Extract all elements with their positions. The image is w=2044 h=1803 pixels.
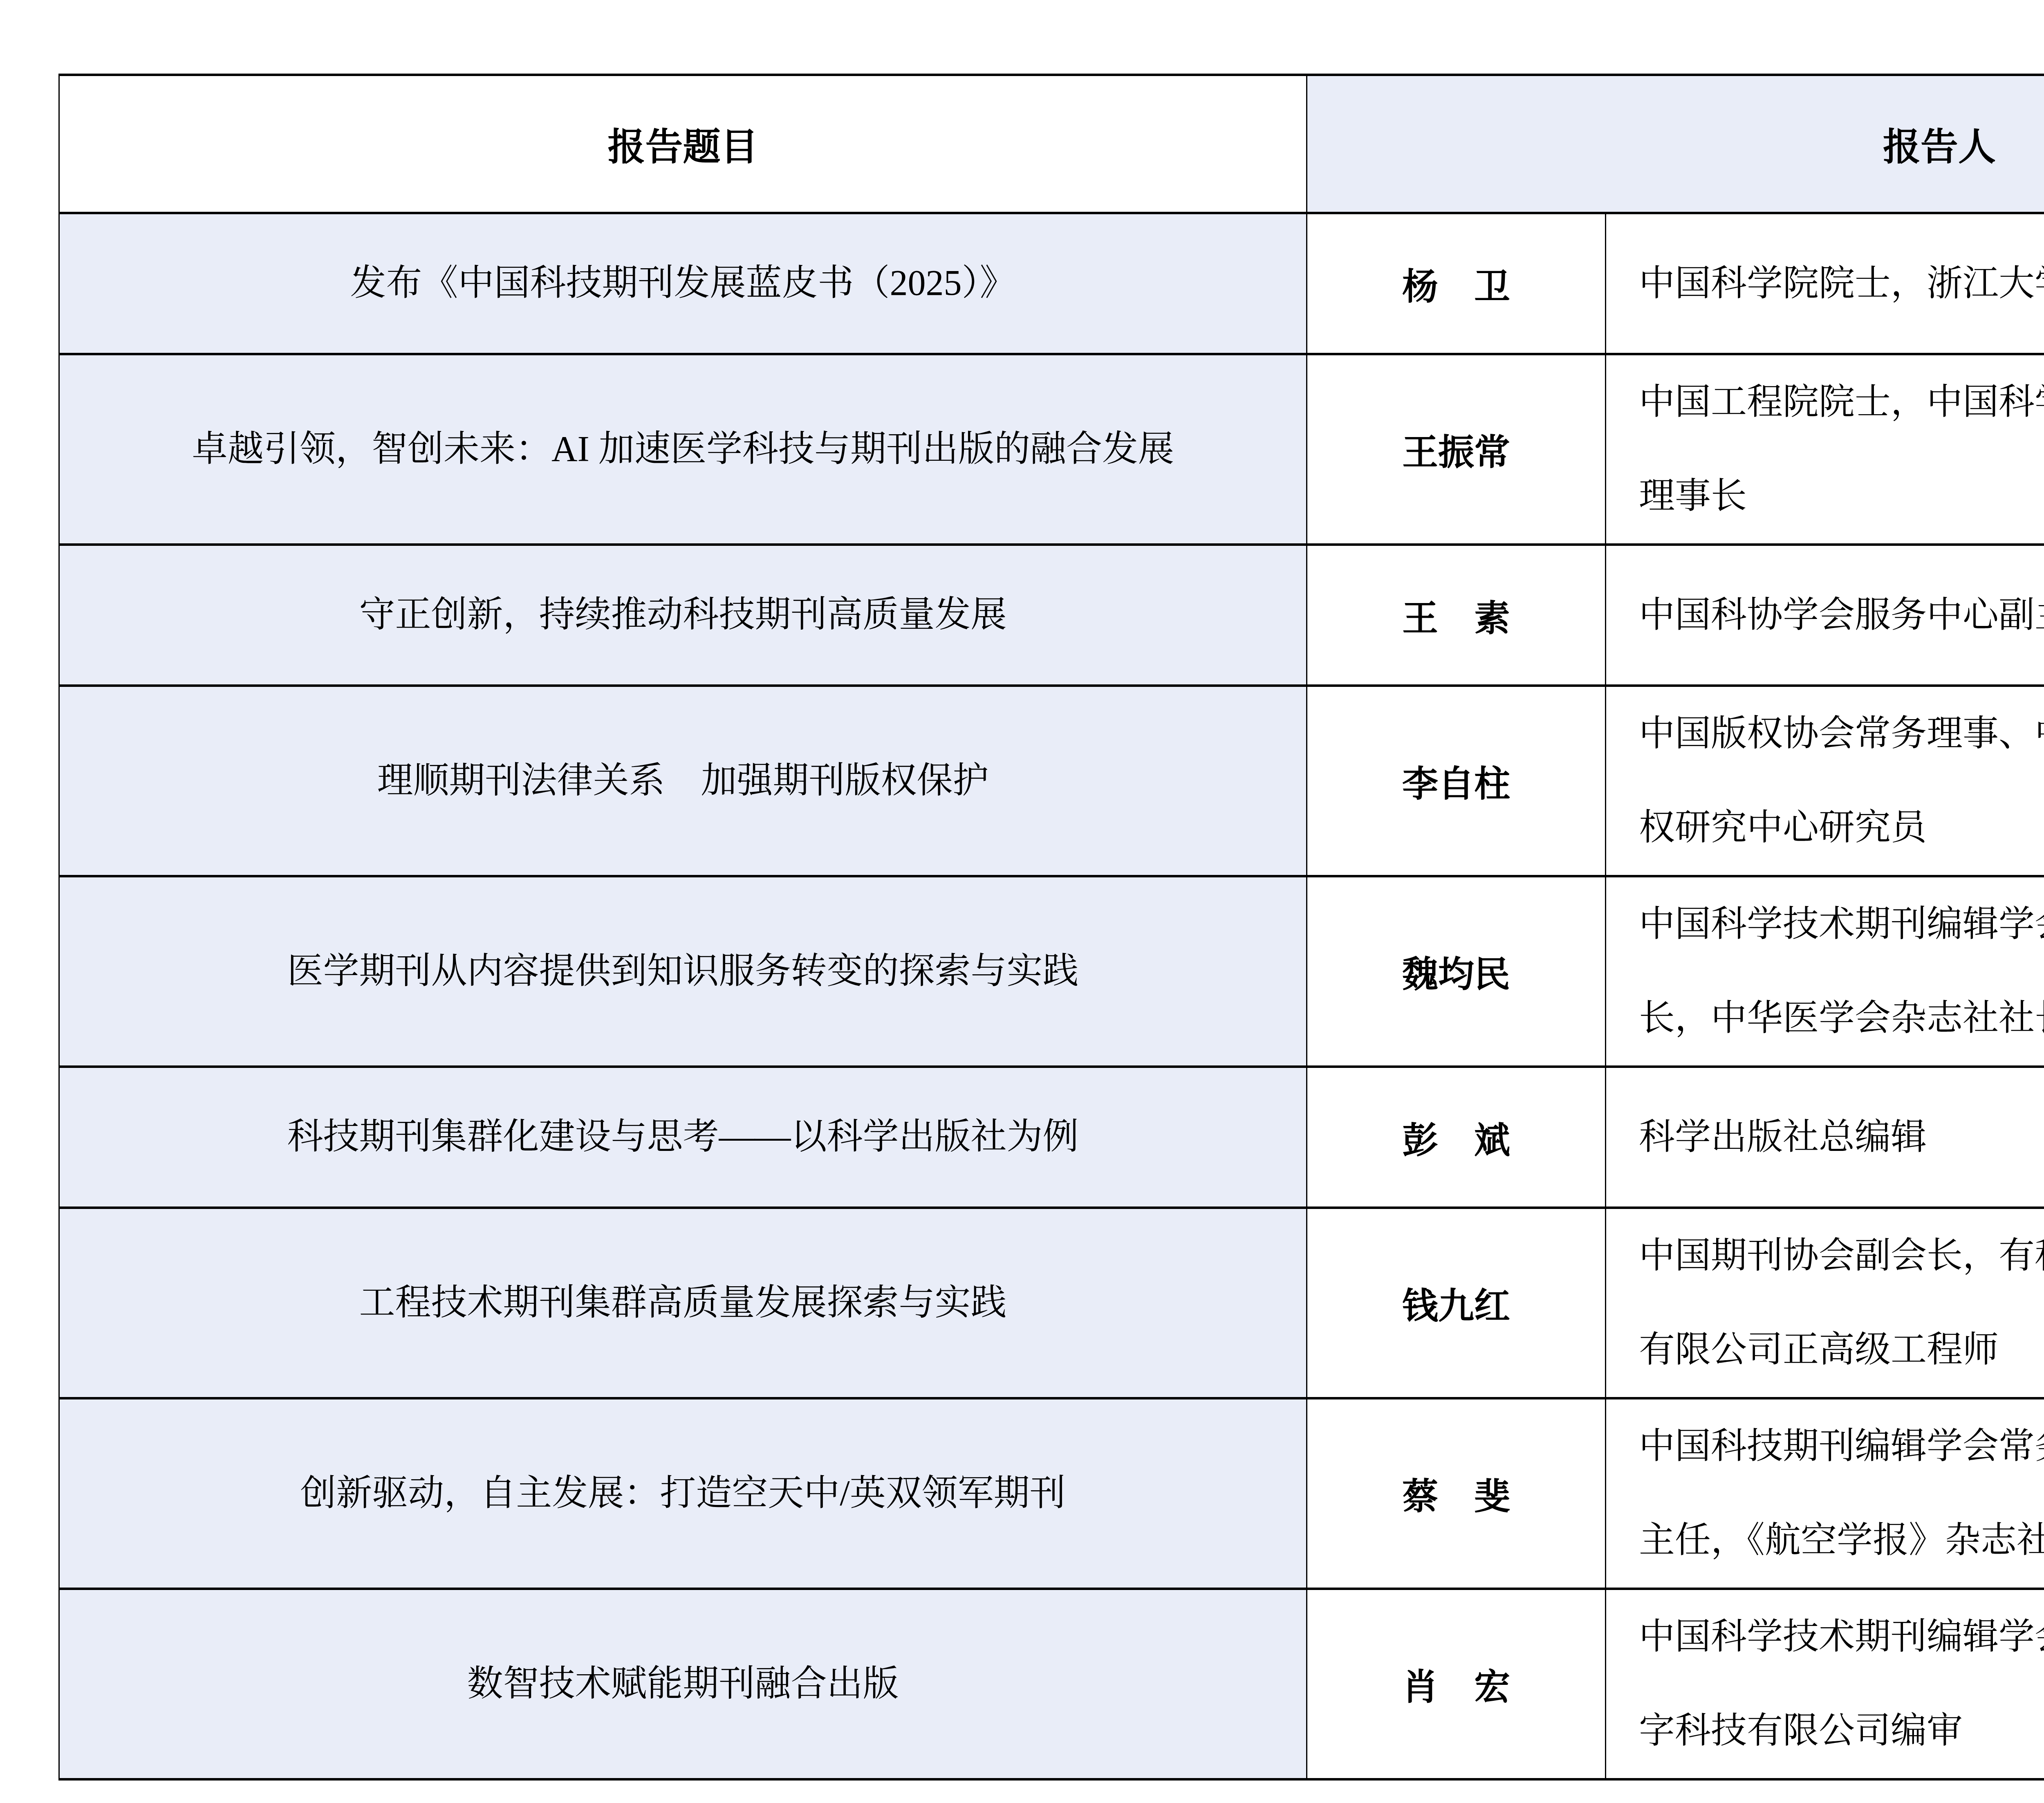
table-row: 创新驱动，自主发展：打造空天中/英双领军期刊 蔡 斐 中国科技期刊编辑学会常务理… [59,1398,2044,1589]
speaker-affiliation-cell: 中国版权协会常务理事、中国政法大学知识产 权研究中心研究员 [1606,686,2044,876]
table-row: 守正创新，持续推动科技期刊高质量发展 王 素 中国科协学会服务中心副主任 [59,545,2044,686]
table-row: 发布《中国科技期刊发展蓝皮书（2025）》 杨 卫 中国科学院院士，浙江大学教授 [59,213,2044,354]
header-report-title: 报告题目 [59,75,1307,213]
report-title-cell: 医学期刊从内容提供到知识服务转变的探索与实践 [59,876,1307,1067]
report-table-body: 发布《中国科技期刊发展蓝皮书（2025）》 杨 卫 中国科学院院士，浙江大学教授… [59,213,2044,1779]
speaker-affiliation-cell: 科学出版社总编辑 [1606,1067,2044,1208]
speaker-affiliation-cell: 中国工程院院士，中国科学技术期刊编辑学会 理事长 [1606,354,2044,545]
table-row: 工程技术期刊集群高质量发展探索与实践 钱九红 中国期刊协会副会长，有科期刊出版（… [59,1208,2044,1398]
header-row: 报告题目 报告人 [59,75,2044,213]
speaker-name-cell: 王 素 [1307,545,1606,686]
speaker-affiliation-cell: 中国科学技术期刊编辑学会理事，同方知网数 字科技有限公司编审 [1606,1589,2044,1779]
report-title-cell: 创新驱动，自主发展：打造空天中/英双领军期刊 [59,1398,1307,1589]
report-title-cell: 发布《中国科技期刊发展蓝皮书（2025）》 [59,213,1307,354]
header-speaker: 报告人 [1307,75,2044,213]
report-title-cell: 数智技术赋能期刊融合出版 [59,1589,1307,1779]
speaker-affiliation-cell: 中国科学院院士，浙江大学教授 [1606,213,2044,354]
report-title-cell: 守正创新，持续推动科技期刊高质量发展 [59,545,1307,686]
speaker-name-cell: 魏均民 [1307,876,1606,1067]
speaker-name-cell: 李自柱 [1307,686,1606,876]
speaker-affiliation-cell: 中国科协学会服务中心副主任 [1606,545,2044,686]
report-title-cell: 理顺期刊法律关系 加强期刊版权保护 [59,686,1307,876]
report-title-cell: 科技期刊集群化建设与思考——以科学出版社为例 [59,1067,1307,1208]
table-row: 科技期刊集群化建设与思考——以科学出版社为例 彭 斌 科学出版社总编辑 [59,1067,2044,1208]
report-title-cell: 工程技术期刊集群高质量发展探索与实践 [59,1208,1307,1398]
speaker-name-cell: 肖 宏 [1307,1589,1606,1779]
table-row: 理顺期刊法律关系 加强期刊版权保护 李自柱 中国版权协会常务理事、中国政法大学知… [59,686,2044,876]
report-title-cell: 卓越引领，智创未来：AI 加速医学科技与期刊出版的融合发展 [59,354,1307,545]
table-row: 医学期刊从内容提供到知识服务转变的探索与实践 魏均民 中国科学技术期刊编辑学会副… [59,876,2044,1067]
speaker-name-cell: 杨 卫 [1307,213,1606,354]
speaker-name-cell: 王振常 [1307,354,1606,545]
speaker-affiliation-cell: 中国期刊协会副会长，有科期刊出版（北京） 有限公司正高级工程师 [1606,1208,2044,1398]
report-schedule-table: 报告题目 报告人 发布《中国科技期刊发展蓝皮书（2025）》 杨 卫 中国科学院… [58,74,2044,1781]
speaker-affiliation-cell: 中国科学技术期刊编辑学会副理事长兼秘书 长，中华医学会杂志社社长、总编辑 [1606,876,2044,1067]
speaker-name-cell: 钱九红 [1307,1208,1606,1398]
speaker-name-cell: 彭 斌 [1307,1067,1606,1208]
speaker-affiliation-cell: 中国科技期刊编辑学会常务理事/学术委员会 主任，《航空学报》杂志社社长、编审 [1606,1398,2044,1589]
table-row: 数智技术赋能期刊融合出版 肖 宏 中国科学技术期刊编辑学会理事，同方知网数 字科… [59,1589,2044,1779]
table-row: 卓越引领，智创未来：AI 加速医学科技与期刊出版的融合发展 王振常 中国工程院院… [59,354,2044,545]
speaker-name-cell: 蔡 斐 [1307,1398,1606,1589]
